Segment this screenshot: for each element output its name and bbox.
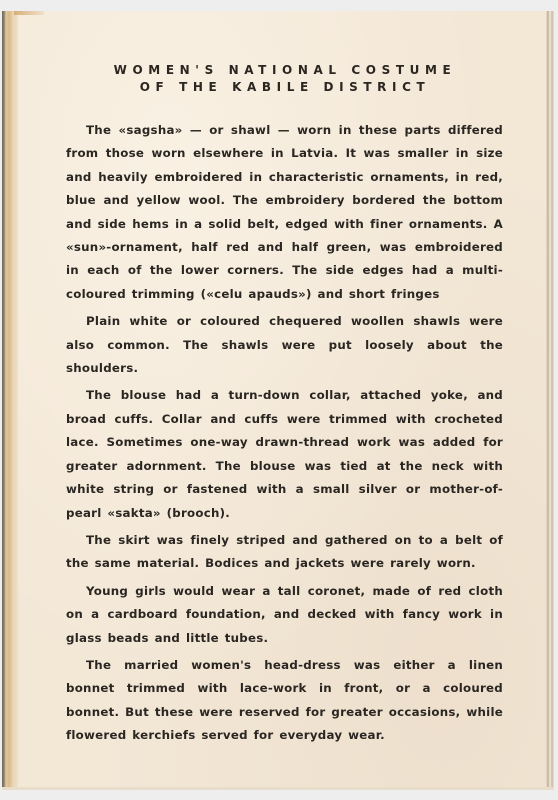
paragraph-shawl: The «sagsha» — or shawl — worn in these …	[66, 119, 503, 306]
page-right-edge	[546, 11, 554, 789]
document-body: The «sagsha» — or shawl — worn in these …	[66, 119, 503, 752]
spine-top-fold	[14, 11, 44, 15]
paragraph-blouse: The blouse had a turn-down collar, attac…	[66, 384, 503, 524]
document-title-line-2: OF THE KABILE DISTRICT	[60, 79, 510, 96]
paragraph-plain-shawls: Plain white or coloured chequered woolle…	[66, 310, 503, 380]
page-spine-edge	[2, 11, 18, 789]
page-bottom-edge	[2, 787, 554, 790]
paragraph-skirt: The skirt was finely striped and gathere…	[66, 529, 503, 576]
paragraph-coronet: Young girls would wear a tall coronet, m…	[66, 580, 503, 650]
document-title-line-1: WOMEN'S NATIONAL COSTUME	[60, 62, 510, 79]
paragraph-head-dress: The married women's head-dress was eithe…	[66, 654, 503, 748]
